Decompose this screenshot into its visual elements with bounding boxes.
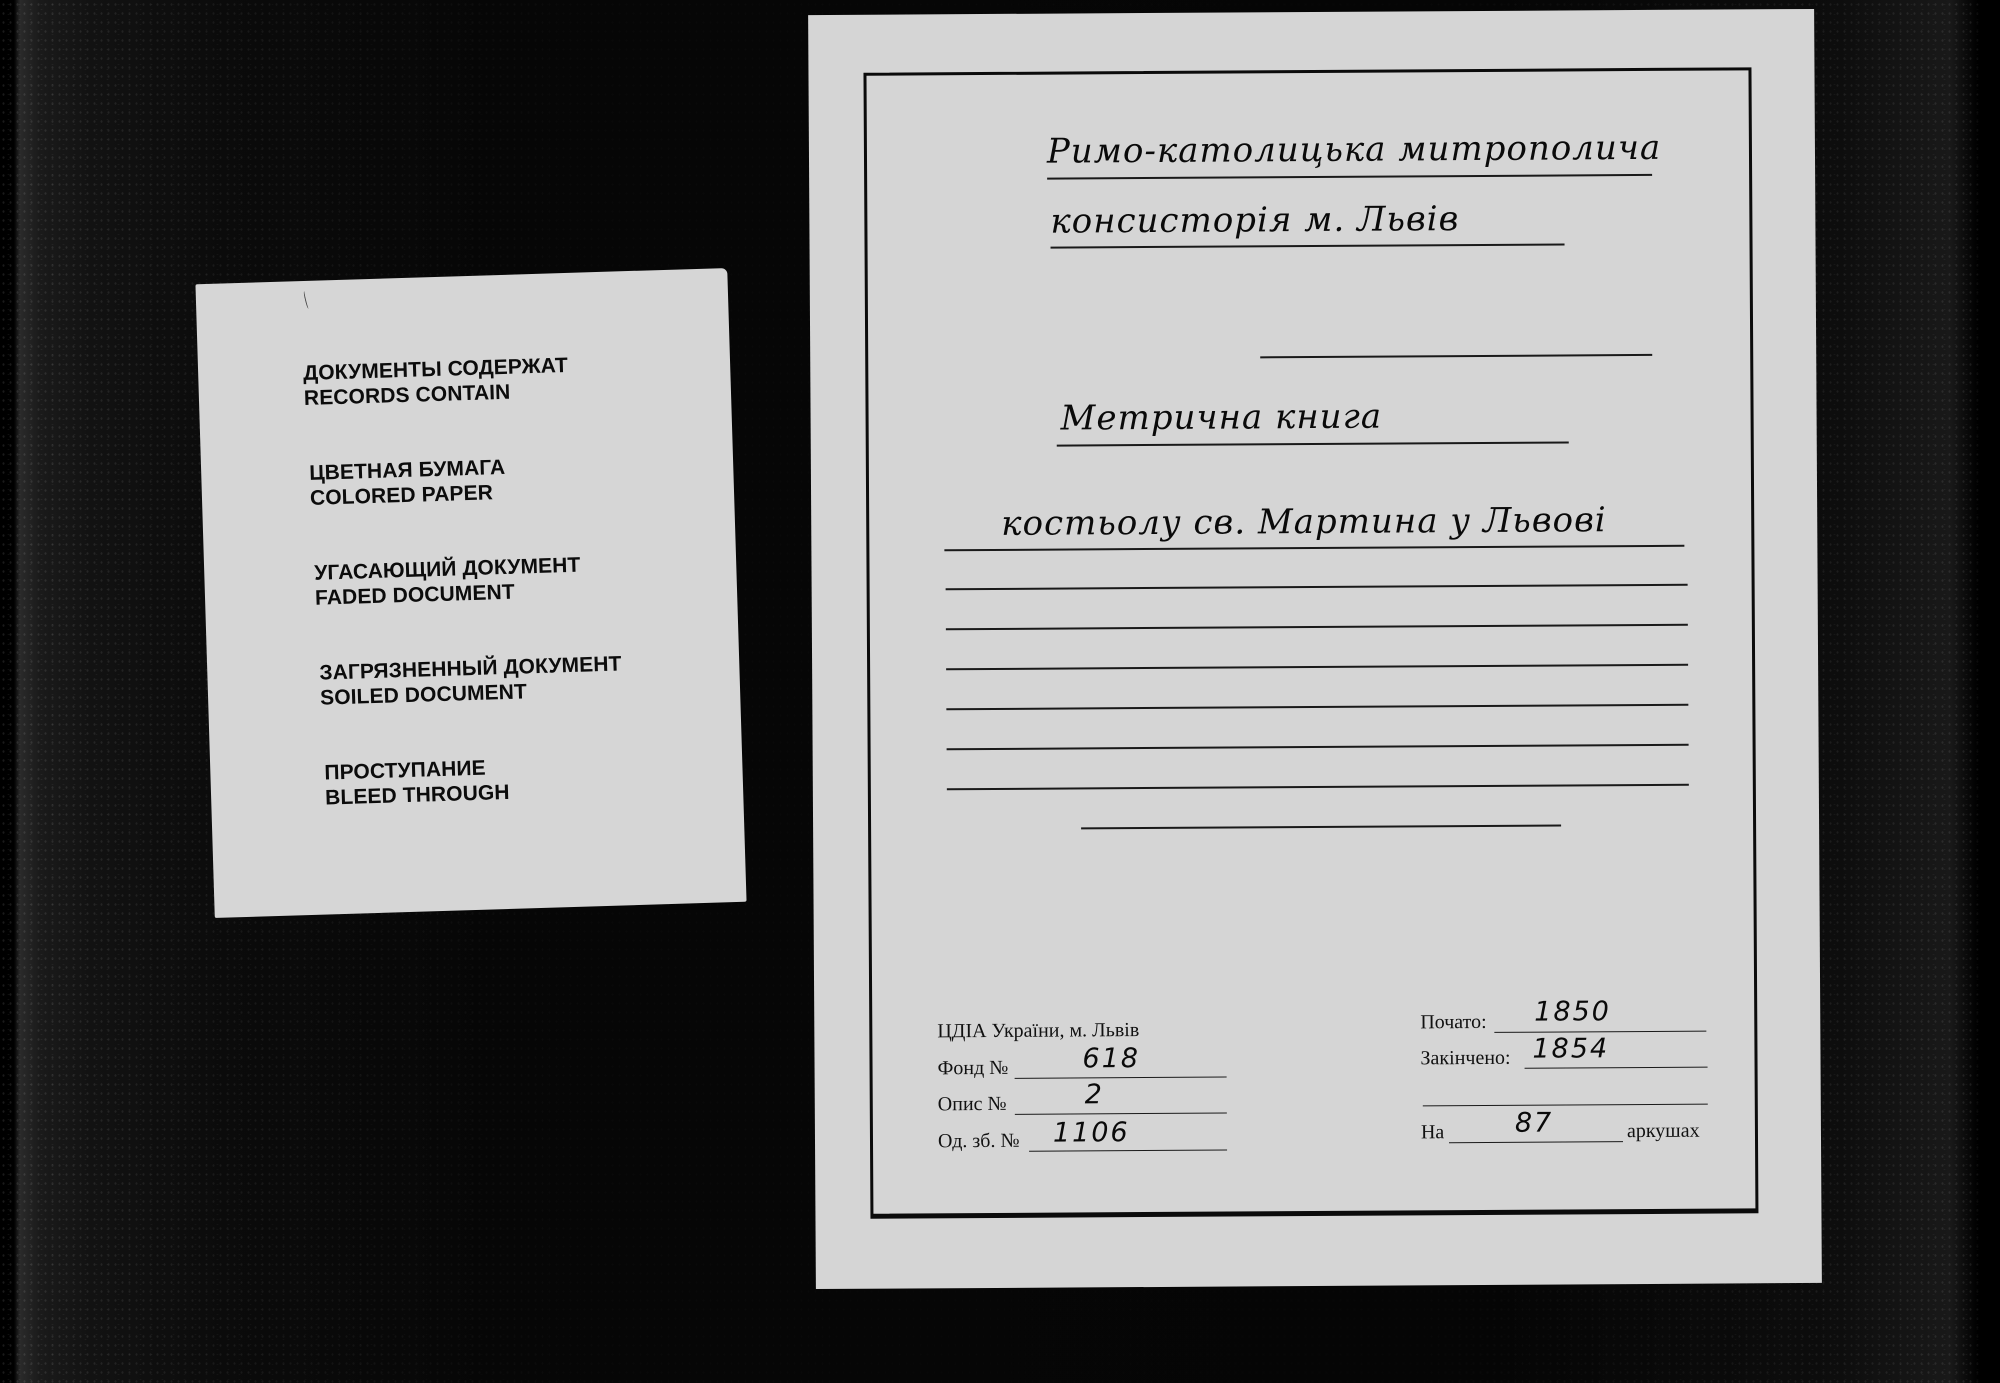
started-label: Почато: xyxy=(1420,1011,1487,1034)
opys-label: Опис № xyxy=(938,1093,1007,1116)
institution-line-1: Римо-католицька митрополича xyxy=(1047,128,1661,172)
institution-line-2: консисторія м. Львів xyxy=(1050,199,1459,241)
sheets-suffix: аркушах xyxy=(1627,1120,1700,1143)
book-type: Метрична книга xyxy=(1060,397,1382,439)
archive-name: ЦДІА України, м. Львів xyxy=(937,1019,1139,1043)
condition-notice-card: ДОКУМЕНТЫ СОДЕРЖАТ RECORDS CONTAIN ЦВЕТН… xyxy=(195,268,746,918)
archive-cover-page: Римо-католицька митрополича консисторія … xyxy=(808,9,1822,1289)
fond-value: 618 xyxy=(1082,1043,1140,1074)
notice-colored-paper: ЦВЕТНАЯ БУМАГА COLORED PAPER xyxy=(309,455,506,511)
book-subject: костьолу св. Мартина у Львові xyxy=(1001,500,1607,544)
finished-label: Закінчено: xyxy=(1420,1047,1510,1071)
paper-mark xyxy=(303,291,310,309)
opys-value: 2 xyxy=(1085,1079,1104,1110)
notice-soiled-document: ЗАГРЯЗНЕННЫЙ ДОКУМЕНТ SOILED DOCUMENT xyxy=(319,651,623,710)
finished-value: 1854 xyxy=(1532,1033,1609,1064)
sheets-value: 87 xyxy=(1515,1108,1554,1139)
notice-records-contain: ДОКУМЕНТЫ СОДЕРЖАТ RECORDS CONTAIN xyxy=(303,353,569,411)
unit-label: Од. зб. № xyxy=(938,1130,1020,1153)
unit-value: 1106 xyxy=(1053,1117,1130,1148)
started-value: 1850 xyxy=(1534,996,1611,1027)
fond-label: Фонд № xyxy=(937,1057,1008,1080)
notice-en: BLEED THROUGH xyxy=(325,780,510,811)
cover-frame xyxy=(863,67,1758,1218)
notice-en: COLORED PAPER xyxy=(310,480,507,511)
notice-bleed-through: ПРОСТУПАНИЕ BLEED THROUGH xyxy=(324,755,510,811)
notice-faded-document: УГАСАЮЩИЙ ДОКУМЕНТ FADED DOCUMENT xyxy=(314,553,582,611)
sheets-prefix: На xyxy=(1421,1121,1444,1144)
